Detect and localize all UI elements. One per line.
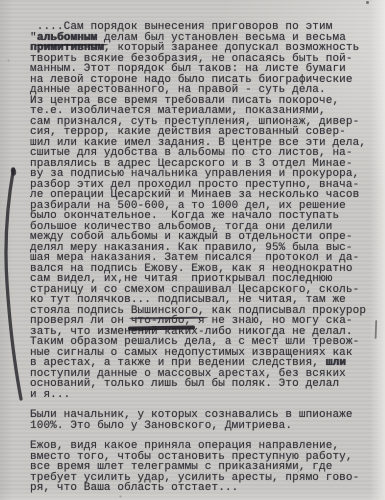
scan-noise-specks	[0, 0, 1, 1]
paragraph-3: Ежов, видя какое приняла операция направ…	[30, 441, 382, 494]
document-line: 100%. Это было у Зановского, Дмитриева.	[30, 421, 382, 432]
pen-underlined-text: альбомным	[37, 32, 98, 44]
document-line: ря, что Ваша область отстает...	[30, 483, 382, 494]
text-segment: 100%. Это было у Зановского, Дмитриева.	[30, 420, 292, 432]
paragraph-1: ....Сам порядок вынесения приговоров по …	[30, 22, 382, 400]
document-line: и я...	[30, 390, 382, 401]
text-segment: и я...	[30, 389, 70, 401]
margin-bracket-mark	[6, 169, 21, 399]
document-text: ....Сам порядок вынесения приговоров по …	[30, 22, 382, 500]
paragraph-2: Были начальник, у которых сознавались в …	[30, 410, 382, 431]
scanned-document-page: ....Сам порядок вынесения приговоров по …	[0, 0, 385, 500]
pen-underlined-text: что-либо	[131, 315, 185, 327]
text-segment: оснований, только лишь был бы поляк. Это…	[30, 378, 339, 390]
margin-bracket-blob	[10, 167, 17, 176]
document-line: оснований, только лишь был бы поляк. Это…	[30, 379, 382, 390]
text-segment: ря, что Ваша область отстает...	[30, 482, 238, 494]
